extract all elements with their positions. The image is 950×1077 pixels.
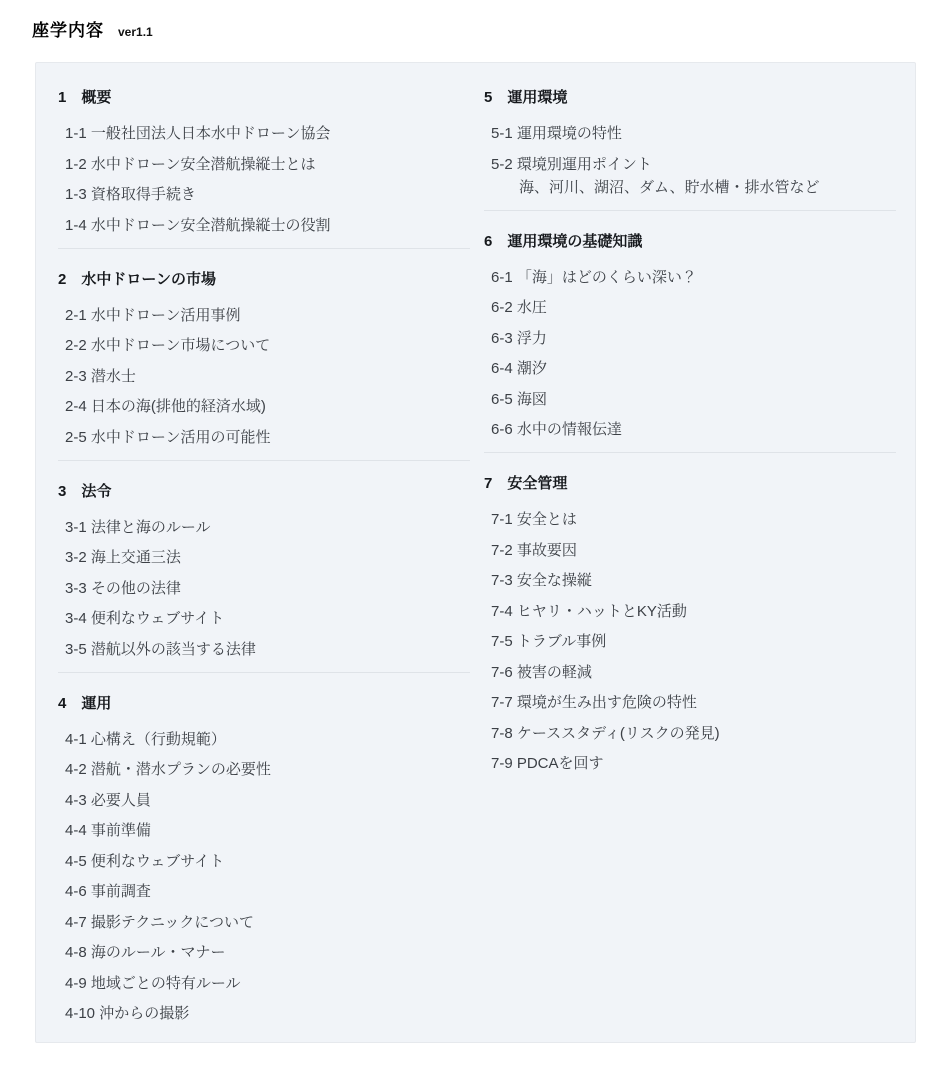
toc-item-label: 6-3 浮力 [491,330,547,347]
toc-item-label: 3-4 便利なウェブサイト [65,610,224,627]
toc-item-label: 6-4 潮汐 [491,360,547,377]
toc-item-label: 4-3 必要人員 [65,792,151,809]
section-heading: 6運用環境の基礎知識 [484,231,896,252]
toc-item: 7-5 トラブル事例 [484,631,896,652]
section-heading: 3法令 [58,481,470,502]
toc-item-label: 2-4 日本の海(排他的経済水域) [65,398,266,415]
content-panel: 1概要1-1 一般社団法人日本水中ドローン協会1-2 水中ドローン安全潜航操縦士… [35,62,916,1043]
toc-section-5: 5運用環境5-1 運用環境の特性5-2 環境別運用ポイント海、河川、湖沼、ダム、… [484,87,896,211]
toc-item-label: 5-1 運用環境の特性 [491,125,622,142]
section-heading: 4運用 [58,693,470,714]
toc-item-label: 1-3 資格取得手続き [65,186,196,203]
toc-item: 1-4 水中ドローン安全潜航操縦士の役割 [58,215,470,236]
toc-item: 6-2 水圧 [484,297,896,318]
toc-item: 4-8 海のルール・マナー [58,942,470,963]
section-number: 2 [58,269,66,290]
toc-item-label: 4-9 地域ごとの特有ルール [65,975,241,992]
toc-item: 4-9 地域ごとの特有ルール [58,973,470,994]
toc-item-label: 6-1 「海」はどのくらい深い？ [491,269,697,286]
toc-item-label: 2-1 水中ドローン活用事例 [65,307,241,324]
page-title: 座学内容 [32,16,104,41]
toc-item: 2-1 水中ドローン活用事例 [58,305,470,326]
toc-item: 7-2 事故要因 [484,540,896,561]
toc-item: 3-3 その他の法律 [58,578,470,599]
toc-item-label: 7-6 被害の軽減 [491,664,592,681]
toc-item: 6-1 「海」はどのくらい深い？ [484,267,896,288]
section-number: 1 [58,87,66,108]
toc-item-label: 4-4 事前準備 [65,822,151,839]
toc-item-label: 2-2 水中ドローン市場について [65,337,270,354]
toc-item: 3-5 潜航以外の該当する法律 [58,639,470,660]
toc-section-4: 4運用4-1 心構え（行動規範）4-2 潜航・潜水プランの必要性4-3 必要人員… [58,693,470,1025]
toc-item-label: 7-1 安全とは [491,511,577,528]
section-heading: 1概要 [58,87,470,108]
toc-item: 7-6 被害の軽減 [484,662,896,683]
toc-item-label: 6-5 海図 [491,391,547,408]
toc-item: 2-4 日本の海(排他的経済水域) [58,396,470,417]
toc-item: 3-1 法律と海のルール [58,517,470,538]
section-heading: 5運用環境 [484,87,896,108]
page-version: ver1.1 [118,25,153,39]
section-number: 3 [58,481,66,502]
toc-item-label: 4-1 心構え（行動規範） [65,731,226,748]
toc-section-7: 7安全管理7-1 安全とは7-2 事故要因7-3 安全な操縦7-4 ヒヤリ・ハッ… [484,473,896,774]
toc-item-label: 7-5 トラブル事例 [491,633,606,650]
toc-item-label: 2-3 潜水士 [65,368,136,385]
toc-item-label: 1-2 水中ドローン安全潜航操縦士とは [65,156,316,173]
toc-item: 4-4 事前準備 [58,820,470,841]
toc-item-label: 7-9 PDCAを回す [491,755,604,772]
toc-item-label: 3-2 海上交通三法 [65,549,181,566]
toc-section-6: 6運用環境の基礎知識6-1 「海」はどのくらい深い？6-2 水圧6-3 浮力6-… [484,231,896,454]
toc-item-label: 4-2 潜航・潜水プランの必要性 [65,761,271,778]
toc-item: 7-4 ヒヤリ・ハットとKY活動 [484,601,896,622]
toc-item-label: 5-2 環境別運用ポイント [491,156,652,173]
toc-item: 2-2 水中ドローン市場について [58,335,470,356]
toc-item-label: 7-8 ケーススタディ(リスクの発見) [491,725,720,742]
toc-item: 4-7 撮影テクニックについて [58,912,470,933]
toc-item: 4-10 沖からの撮影 [58,1003,470,1024]
toc-item: 4-2 潜航・潜水プランの必要性 [58,759,470,780]
toc-item: 7-8 ケーススタディ(リスクの発見) [484,723,896,744]
toc-item: 3-2 海上交通三法 [58,547,470,568]
toc-item-label: 7-2 事故要因 [491,542,577,559]
section-title: 水中ドローンの市場 [81,269,216,290]
section-number: 5 [484,87,492,108]
toc-item-label: 3-3 その他の法律 [65,580,181,597]
toc-item: 6-3 浮力 [484,328,896,349]
toc-item-label: 4-8 海のルール・マナー [65,944,226,961]
toc-item: 4-5 便利なウェブサイト [58,851,470,872]
section-heading: 2水中ドローンの市場 [58,269,470,290]
toc-item: 7-9 PDCAを回す [484,753,896,774]
toc-item-label: 6-2 水圧 [491,299,547,316]
toc-item: 7-7 環境が生み出す危険の特性 [484,692,896,713]
toc-section-3: 3法令3-1 法律と海のルール3-2 海上交通三法3-3 その他の法律3-4 便… [58,481,470,673]
toc-item: 5-2 環境別運用ポイント海、河川、湖沼、ダム、貯水槽・排水管など [484,154,896,198]
toc-item: 1-1 一般社団法人日本水中ドローン協会 [58,123,470,144]
toc-item: 2-3 潜水士 [58,366,470,387]
toc-item-label: 7-7 環境が生み出す危険の特性 [491,694,697,711]
toc-item-label: 1-1 一般社団法人日本水中ドローン協会 [65,125,331,142]
section-title: 法令 [81,481,111,502]
section-title: 運用環境 [507,87,567,108]
toc-section-2: 2水中ドローンの市場2-1 水中ドローン活用事例2-2 水中ドローン市場について… [58,269,470,461]
toc-item-label: 4-6 事前調査 [65,883,151,900]
toc-column-left: 1概要1-1 一般社団法人日本水中ドローン協会1-2 水中ドローン安全潜航操縦士… [58,87,470,1024]
toc-item-label: 3-1 法律と海のルール [65,519,211,536]
toc-item: 4-1 心構え（行動規範） [58,729,470,750]
toc-item: 3-4 便利なウェブサイト [58,608,470,629]
section-number: 6 [484,231,492,252]
section-title: 安全管理 [507,473,567,494]
section-title: 運用 [81,693,111,714]
page-header: 座学内容 ver1.1 [0,0,950,41]
toc-item: 7-3 安全な操縦 [484,570,896,591]
toc-item-label: 4-5 便利なウェブサイト [65,853,224,870]
toc-item-label: 4-7 撮影テクニックについて [65,914,254,931]
toc-item: 2-5 水中ドローン活用の可能性 [58,427,470,448]
section-number: 4 [58,693,66,714]
section-title: 概要 [81,87,111,108]
page: 座学内容 ver1.1 1概要1-1 一般社団法人日本水中ドローン協会1-2 水… [0,0,950,1077]
section-heading: 7安全管理 [484,473,896,494]
toc-item: 4-3 必要人員 [58,790,470,811]
toc-item: 6-5 海図 [484,389,896,410]
toc-item: 6-6 水中の情報伝達 [484,419,896,440]
toc-item-label: 7-3 安全な操縦 [491,572,592,589]
toc-columns: 1概要1-1 一般社団法人日本水中ドローン協会1-2 水中ドローン安全潜航操縦士… [58,87,896,1024]
toc-item: 5-1 運用環境の特性 [484,123,896,144]
toc-column-right: 5運用環境5-1 運用環境の特性5-2 環境別運用ポイント海、河川、湖沼、ダム、… [484,87,896,1024]
toc-item-label: 6-6 水中の情報伝達 [491,421,622,438]
toc-item: 6-4 潮汐 [484,358,896,379]
section-number: 7 [484,473,492,494]
section-title: 運用環境の基礎知識 [507,231,642,252]
toc-item-detail: 海、河川、湖沼、ダム、貯水槽・排水管など [491,177,896,198]
toc-item: 4-6 事前調査 [58,881,470,902]
toc-item: 1-2 水中ドローン安全潜航操縦士とは [58,154,470,175]
toc-section-1: 1概要1-1 一般社団法人日本水中ドローン協会1-2 水中ドローン安全潜航操縦士… [58,87,470,249]
toc-item-label: 1-4 水中ドローン安全潜航操縦士の役割 [65,217,331,234]
toc-item: 1-3 資格取得手続き [58,184,470,205]
toc-item-label: 7-4 ヒヤリ・ハットとKY活動 [491,603,687,620]
toc-item-label: 2-5 水中ドローン活用の可能性 [65,429,271,446]
toc-item-label: 3-5 潜航以外の該当する法律 [65,641,256,658]
toc-item: 7-1 安全とは [484,509,896,530]
toc-item-label: 4-10 沖からの撮影 [65,1005,189,1022]
